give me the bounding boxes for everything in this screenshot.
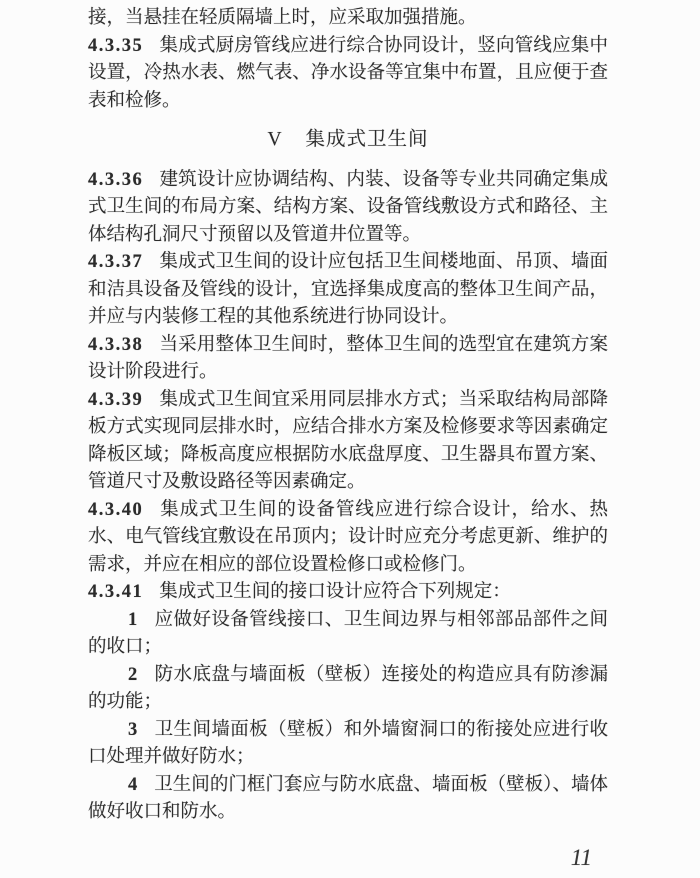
item-text: 卫生间墙面板（壁板）和外墙窗洞口的衔接处应进行收 <box>154 720 608 740</box>
item-number: 3 <box>128 720 137 740</box>
text-line: 设计阶段进行。 <box>88 359 608 387</box>
clause-line: 4.3.41集成式卫生间的接口设计应符合下列规定： <box>88 579 608 607</box>
clause-number: 4.3.37 <box>88 252 143 272</box>
section-numeral: V <box>267 129 281 150</box>
text-line: 的功能； <box>88 689 608 717</box>
item-text: 应做好设备管线接口、卫生间边界与相邻部品部件之间 <box>154 610 608 630</box>
clause-line: 4.3.35集成式厨房管线应进行综合协同设计，竖向管线应集中 <box>88 33 608 61</box>
text-line: 管道尺寸及敷设路径等因素确定。 <box>88 469 608 497</box>
section-title: 集成式卫生间 <box>306 129 429 150</box>
text-line: 体结构孔洞尺寸预留以及管道井位置等。 <box>88 222 608 250</box>
clause-text: 建筑设计应协调结构、内装、设备等专业共同确定集成 <box>159 170 608 190</box>
clause-text: 集成式卫生间的设备管线应进行综合设计，给水、热 <box>159 500 608 520</box>
list-item-line: 4卫生间的门框门套应与防水底盘、墙面板（壁板）、墙体 <box>88 772 608 800</box>
clause-number: 4.3.39 <box>88 390 143 410</box>
section-heading: V集成式卫生间 <box>88 126 608 154</box>
clause-number: 4.3.36 <box>88 170 143 190</box>
item-number: 1 <box>128 610 137 630</box>
clause-text: 当采用整体卫生间时，整体卫生间的选型宜在建筑方案 <box>159 335 608 355</box>
clause-number: 4.3.35 <box>88 36 143 56</box>
list-item-line: 2防水底盘与墙面板（壁板）连接处的构造应具有防渗漏 <box>88 662 608 690</box>
text-line: 接，当悬挂在轻质隔墙上时，应采取加强措施。 <box>88 5 608 33</box>
clause-text: 集成式卫生间宜采用同层排水方式；当采取结构局部降 <box>159 390 608 410</box>
text-line: 水、电气管线宜敷设在吊顶内；设计时应充分考虑更新、维护的 <box>88 524 608 552</box>
text-line: 做好收口和防水。 <box>88 799 608 827</box>
clause-line: 4.3.38当采用整体卫生间时，整体卫生间的选型宜在建筑方案 <box>88 332 608 360</box>
list-item-line: 1应做好设备管线接口、卫生间边界与相邻部品部件之间 <box>88 607 608 635</box>
text-line: 降板区域；降板高度应根据防水底盘厚度、卫生器具布置方案、 <box>88 442 608 470</box>
clause-text: 集成式卫生间的接口设计应符合下列规定： <box>159 582 511 602</box>
clause-line: 4.3.40集成式卫生间的设备管线应进行综合设计，给水、热 <box>88 497 608 525</box>
document-page: 接，当悬挂在轻质隔墙上时，应采取加强措施。 4.3.35集成式厨房管线应进行综合… <box>0 0 700 878</box>
clause-text: 集成式卫生间的设计应包括卫生间楼地面、吊顶、墙面 <box>159 252 608 272</box>
clause-number: 4.3.41 <box>88 582 143 602</box>
item-text: 卫生间的门框门套应与防水底盘、墙面板（壁板）、墙体 <box>154 775 608 795</box>
item-number: 4 <box>128 775 137 795</box>
item-number: 2 <box>128 665 137 685</box>
text-line: 并应与内装修工程的其他系统进行协同设计。 <box>88 304 608 332</box>
text-line: 式卫生间的布局方案、结构方案、设备管线敷设方式和路径、主 <box>88 194 608 222</box>
text-line: 表和检修。 <box>88 88 608 116</box>
clause-line: 4.3.36建筑设计应协调结构、内装、设备等专业共同确定集成 <box>88 167 608 195</box>
clause-line: 4.3.39集成式卫生间宜采用同层排水方式；当采取结构局部降 <box>88 387 608 415</box>
text-line: 和洁具设备及管线的设计，宜选择集成度高的整体卫生间产品， <box>88 277 608 305</box>
text-line: 口处理并做好防水； <box>88 744 608 772</box>
text-line: 板方式实现同层排水时，应结合排水方案及检修要求等因素确定 <box>88 414 608 442</box>
text-block: 接，当悬挂在轻质隔墙上时，应采取加强措施。 4.3.35集成式厨房管线应进行综合… <box>88 5 608 873</box>
clause-number: 4.3.38 <box>88 335 143 355</box>
clause-number: 4.3.40 <box>88 500 143 520</box>
page-number: 11 <box>88 842 608 873</box>
clause-text: 集成式厨房管线应进行综合协同设计，竖向管线应集中 <box>159 36 608 56</box>
text-line: 设置，冷热水表、燃气表、净水设备等宜集中布置，且应便于查 <box>88 60 608 88</box>
list-item-line: 3卫生间墙面板（壁板）和外墙窗洞口的衔接处应进行收 <box>88 717 608 745</box>
text-line: 需求，并应在相应的部位设置检修口或检修门。 <box>88 552 608 580</box>
clause-line: 4.3.37集成式卫生间的设计应包括卫生间楼地面、吊顶、墙面 <box>88 249 608 277</box>
item-text: 防水底盘与墙面板（壁板）连接处的构造应具有防渗漏 <box>154 665 608 685</box>
text-line: 的收口； <box>88 634 608 662</box>
